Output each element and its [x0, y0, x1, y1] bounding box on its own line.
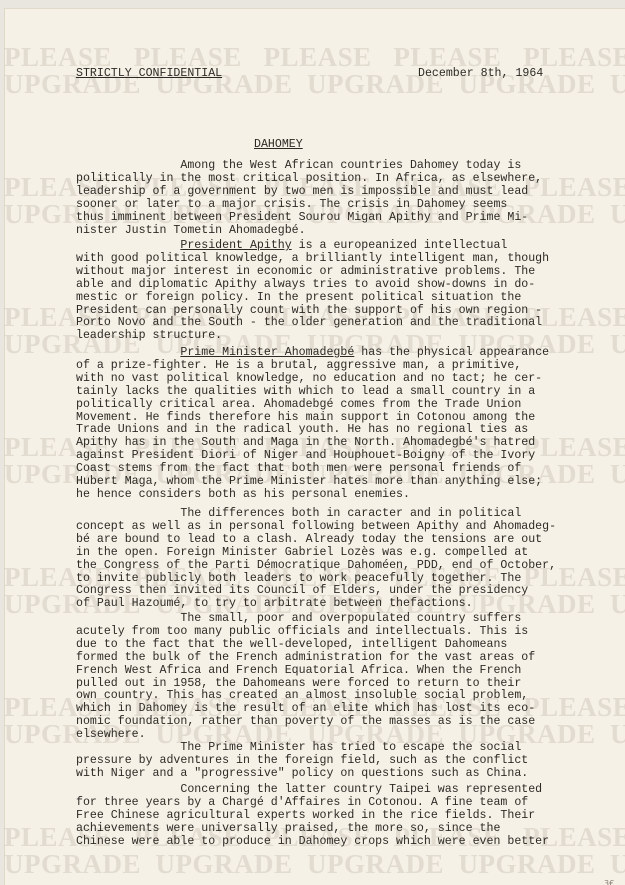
- text-line: sooner or later to a major crisis. The c…: [76, 199, 625, 212]
- paragraph-intro: Among the West African countries Dahomey…: [76, 160, 625, 237]
- paragraph-president-apithy: President Apithy is a europeanized intel…: [76, 240, 625, 343]
- text-line: with good political knowledge, a brillia…: [76, 253, 625, 266]
- typed-memo: STRICTLY CONFIDENTIAL December 8th, 1964…: [4, 8, 625, 885]
- text-line: The small, poor and overpopulated countr…: [76, 613, 625, 626]
- text-line: with Niger and a "progressive" policy on…: [76, 768, 625, 781]
- text-line: President Apithy is a europeanized intel…: [76, 240, 625, 253]
- document-title: DAHOMEY: [254, 139, 303, 152]
- text-line: nomic foundation, rather than poverty of…: [76, 716, 625, 729]
- text-line: Free Chinese agricultural experts worked…: [76, 810, 625, 823]
- text-line: Concerning the latter country Taipei was…: [76, 784, 625, 797]
- text-line: formed the bulk of the French administra…: [76, 652, 625, 665]
- text-line: nister Justin Tometin Ahomadegbé.: [76, 225, 625, 238]
- document-page: PLEASE PLEASE PLEASE PLEASE PLEASE UPGRA…: [4, 8, 625, 885]
- paragraph-foreign-adventures: The Prime Minister has tried to escape t…: [76, 742, 625, 781]
- text-line: politically in the most critical positio…: [76, 173, 625, 186]
- text-line: leadership of a government by two men is…: [76, 186, 625, 199]
- text-line: mestic or foreign policy. In the present…: [76, 292, 625, 305]
- text-line: achievements were universally praised, t…: [76, 823, 625, 836]
- text-line: bé are bound to lead to a clash. Already…: [76, 534, 625, 547]
- paragraph-prime-minister: Prime Minister Ahomadegbé has the physic…: [76, 347, 625, 502]
- text-line: Prime Minister Ahomadegbé has the physic…: [76, 347, 625, 360]
- text-line: Chinese were able to produce in Dahomey …: [76, 836, 625, 849]
- handwritten-mark: 3€: [604, 878, 614, 885]
- text-line: The Prime Minister has tried to escape t…: [76, 742, 625, 755]
- memo-date: December 8th, 1964: [418, 68, 543, 81]
- text-line: concept as well as in personal following…: [76, 521, 625, 534]
- text-line: French West Africa and French Equatorial…: [76, 665, 625, 678]
- text-line: without major interest in economic or ad…: [76, 266, 625, 279]
- classification-label: STRICTLY CONFIDENTIAL: [76, 68, 222, 81]
- text-line: politically critical area. Ahomadebgé co…: [76, 399, 625, 412]
- text-line: leadership structure.: [76, 330, 625, 343]
- text-line: acutely from too many public officials a…: [76, 626, 625, 639]
- text-line: due to the fact that the well-developed,…: [76, 639, 625, 652]
- paragraph-overpopulated: The small, poor and overpopulated countr…: [76, 613, 625, 742]
- text-line: he hence considers both as his personal …: [76, 489, 625, 502]
- text-line: of a prize-fighter. He is a brutal, aggr…: [76, 360, 625, 373]
- text-line: thus imminent between President Sourou M…: [76, 212, 625, 225]
- paragraph-taipei: Concerning the latter country Taipei was…: [76, 784, 625, 849]
- underlined-heading: President Apithy: [180, 239, 291, 252]
- text-line: of Paul Hazoumé, to try to arbitrate bet…: [76, 598, 625, 611]
- text-line: in the open. Foreign Minister Gabriel Lo…: [76, 547, 625, 560]
- text-line: able and diplomatic Apithy always tries …: [76, 279, 625, 292]
- text-line: Among the West African countries Dahomey…: [76, 160, 625, 173]
- text-line: for three years by a Chargé d'Affaires i…: [76, 797, 625, 810]
- text-line: with no vast political knowledge, no edu…: [76, 373, 625, 386]
- text-line: The differences both in caracter and in …: [76, 508, 625, 521]
- text-line: the Congress of the Parti Démocratique D…: [76, 560, 625, 573]
- paragraph-differences: The differences both in caracter and in …: [76, 508, 625, 611]
- text-line: pressure by adventures in the foreign fi…: [76, 755, 625, 768]
- underlined-heading: Prime Minister Ahomadegbé: [180, 346, 354, 359]
- text-line: tainly lacks the qualities with which to…: [76, 386, 625, 399]
